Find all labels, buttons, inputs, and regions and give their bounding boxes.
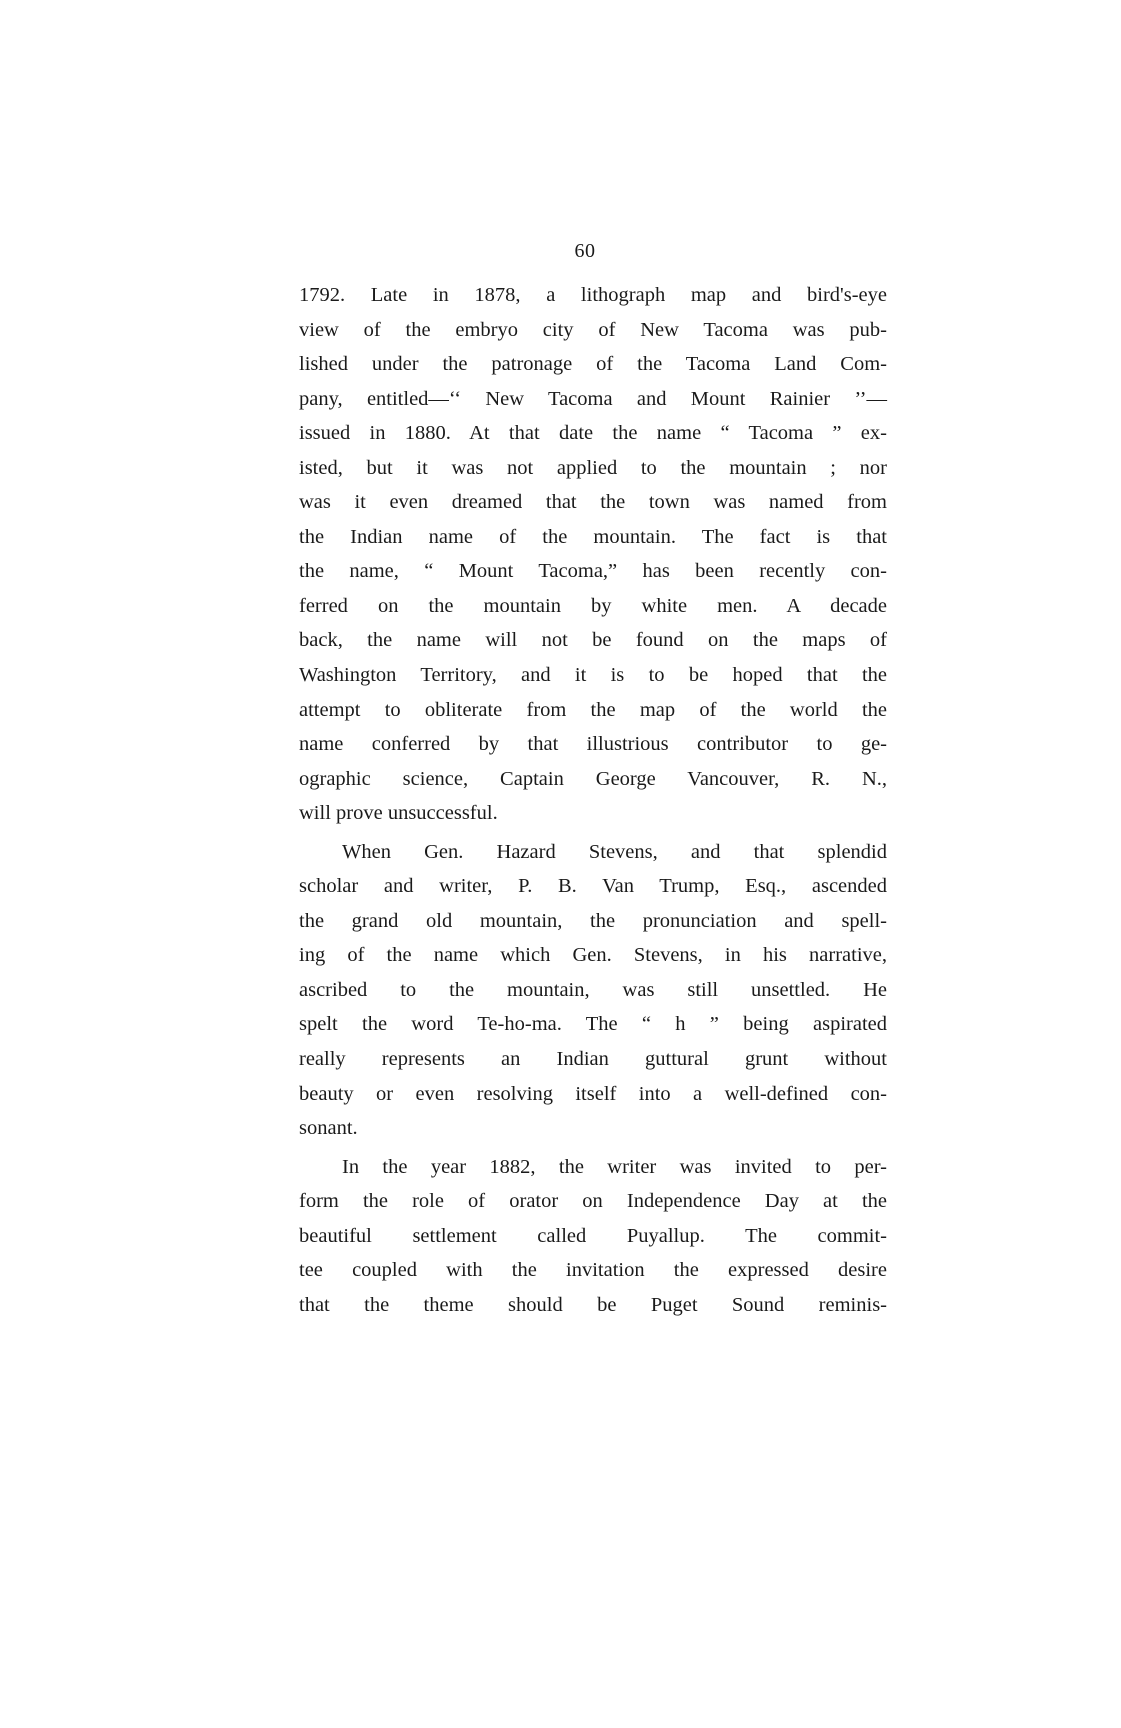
paragraph-1: 1792. Late in 1878, a lithograph map and… — [299, 278, 887, 831]
text-line: ferred on the mountain by white men. A d… — [299, 589, 887, 624]
body-text: 1792. Late in 1878, a lithograph map and… — [299, 278, 887, 1322]
paragraph-2: When Gen. Hazard Stevens, and that splen… — [299, 835, 887, 1146]
text-line: name conferred by that illustrious contr… — [299, 727, 887, 762]
paragraph-3: In the year 1882, the writer was invited… — [299, 1150, 887, 1323]
text-line: ascribed to the mountain, was still unse… — [299, 973, 887, 1008]
text-line: will prove unsuccessful. — [299, 796, 887, 831]
text-line: view of the embryo city of New Tacoma wa… — [299, 313, 887, 348]
text-line: When Gen. Hazard Stevens, and that splen… — [299, 835, 887, 870]
text-line: was it even dreamed that the town was na… — [299, 485, 887, 520]
text-line: ing of the name which Gen. Stevens, in h… — [299, 938, 887, 973]
text-line: Washington Territory, and it is to be ho… — [299, 658, 887, 693]
text-line: issued in 1880. At that date the name “ … — [299, 416, 887, 451]
text-line: In the year 1882, the writer was invited… — [299, 1150, 887, 1185]
text-line: really represents an Indian guttural gru… — [299, 1042, 887, 1077]
book-page: 60 1792. Late in 1878, a lithograph map … — [0, 0, 1121, 1728]
text-line: the name, “ Mount Tacoma,” has been rece… — [299, 554, 887, 589]
text-line: beautiful settlement called Puyallup. Th… — [299, 1219, 887, 1254]
text-line: scholar and writer, P. B. Van Trump, Esq… — [299, 869, 887, 904]
text-line: isted, but it was not applied to the mou… — [299, 451, 887, 486]
text-line: beauty or even resolving itself into a w… — [299, 1077, 887, 1112]
text-line: the Indian name of the mountain. The fac… — [299, 520, 887, 555]
text-line: sonant. — [299, 1111, 887, 1146]
text-line: attempt to obliterate from the map of th… — [299, 693, 887, 728]
text-line: spelt the word Te-ho-ma. The “ h ” being… — [299, 1007, 887, 1042]
text-line: lished under the patronage of the Tacoma… — [299, 347, 887, 382]
text-line: ographic science, Captain George Vancouv… — [299, 762, 887, 797]
text-line: that the theme should be Puget Sound rem… — [299, 1288, 887, 1323]
text-line: 1792. Late in 1878, a lithograph map and… — [299, 278, 887, 313]
page-number: 60 — [0, 240, 1121, 263]
text-line: back, the name will not be found on the … — [299, 623, 887, 658]
text-line: pany, entitled—‘‘ New Tacoma and Mount R… — [299, 382, 887, 417]
text-line: form the role of orator on Independence … — [299, 1184, 887, 1219]
text-line: the grand old mountain, the pronunciatio… — [299, 904, 887, 939]
text-line: tee coupled with the invitation the expr… — [299, 1253, 887, 1288]
